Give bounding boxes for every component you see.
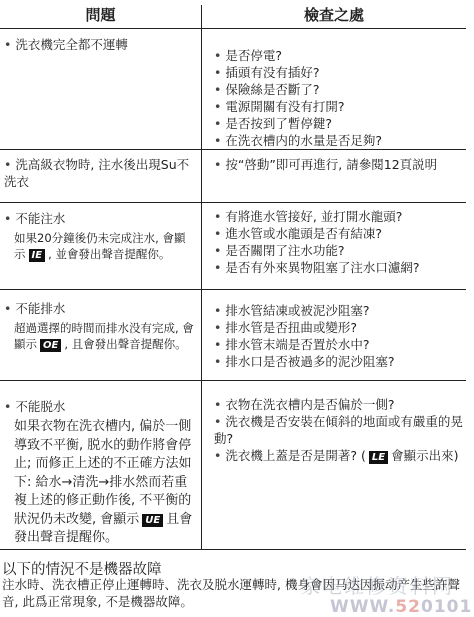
- check-item: 是否按到了暫停鍵?: [214, 115, 469, 132]
- check-item: 保險絲是否斷了?: [214, 81, 469, 98]
- check-cell: 按“啓動”即可再進行, 請參閱12頁説明: [214, 156, 469, 173]
- check-cell: 衣物在洗衣槽内是否偏於一側? 洗衣機是否安裝在傾斜的地面或有嚴重的晃動? 洗衣機…: [214, 396, 469, 464]
- column-divider: [201, 5, 202, 550]
- check-item: 排水口是否被過多的泥沙阻塞?: [214, 353, 469, 370]
- problem-cell: 洗高級衣物時, 注水後出現Su不洗衣: [4, 156, 196, 190]
- problem-cell: 不能注水 如果20分鐘後仍未完成注水, 會顯示IE, 並會發出聲音提醒你。: [4, 210, 196, 262]
- problem-detail: 如果20分鐘後仍未完成注水, 會顯示IE, 並會發出聲音提醒你。: [4, 230, 196, 262]
- error-code-badge: IE: [29, 249, 46, 262]
- check-item: 是否關閉了注水功能?: [214, 242, 469, 259]
- check-item: 是否停電?: [214, 47, 469, 64]
- row-divider: [0, 202, 466, 203]
- row-divider: [0, 549, 466, 550]
- header-check: 檢查之處: [202, 0, 466, 28]
- check-item: 排水管末端是否置於水中?: [214, 336, 469, 353]
- error-code-badge: OE: [40, 339, 61, 352]
- problem-title: 洗高級衣物時, 注水後出現Su不洗衣: [4, 156, 196, 190]
- problem-title: 不能排水: [4, 300, 196, 317]
- watermark-url: WWW.520101.COM: [330, 597, 474, 617]
- check-item: 有將進水管接好, 並打開水龍頭?: [214, 208, 469, 225]
- header-problem: 問題: [0, 0, 201, 28]
- check-item: 排水管結凍或被泥沙阻塞?: [214, 302, 469, 319]
- check-item: 在洗衣槽内的水量是否足夠?: [214, 132, 469, 149]
- check-item: 洗衣機是否安裝在傾斜的地面或有嚴重的晃動?: [214, 413, 469, 447]
- row-divider: [0, 28, 466, 29]
- check-item: 插頭有没有插好?: [214, 64, 469, 81]
- problem-title: 不能脱水: [4, 398, 196, 415]
- row-divider: [0, 149, 466, 150]
- check-cell: 是否停電? 插頭有没有插好? 保險絲是否斷了? 電源開關有没有打開? 是否按到了…: [214, 47, 469, 149]
- problem-cell: 不能脱水 如果衣物在洗衣槽内, 偏於一側導致不平衡, 脱水的動作將會停止; 而修…: [4, 398, 196, 548]
- check-item: 洗衣機上蓋是否是開著? (LE會顯示出來): [214, 447, 469, 464]
- check-item: 電源開關有没有打開?: [214, 98, 469, 115]
- check-item: 排水管是否扭曲或變形?: [214, 319, 469, 336]
- problem-cell: 不能排水 超過選擇的時間而排水没有完成, 會顯示OE, 且會發出聲音提醒你。: [4, 300, 196, 352]
- check-cell: 有將進水管接好, 並打開水龍頭? 進水管或水龍頭是否有結凍? 是否關閉了注水功能…: [214, 208, 469, 276]
- check-item: 是否有外來異物阻塞了注水口濾網?: [214, 259, 469, 276]
- check-item: 衣物在洗衣槽内是否偏於一側?: [214, 396, 469, 413]
- check-item: 按“啓動”即可再進行, 請參閱12頁説明: [214, 156, 469, 173]
- row-divider: [0, 380, 466, 381]
- error-code-badge: UE: [142, 514, 163, 527]
- error-code-badge: LE: [369, 451, 388, 464]
- watermark-text: 家电维修资料网: [300, 570, 454, 599]
- problem-cell: 洗衣機完全都不運轉: [4, 36, 196, 53]
- check-cell: 排水管結凍或被泥沙阻塞? 排水管是否扭曲或變形? 排水管末端是否置於水中? 排水…: [214, 302, 469, 370]
- problem-title: 洗衣機完全都不運轉: [4, 36, 196, 53]
- problem-detail: 如果衣物在洗衣槽内, 偏於一側導致不平衡, 脱水的動作將會停止; 而修正上述的不…: [4, 418, 196, 548]
- problem-detail: 超過選擇的時間而排水没有完成, 會顯示OE, 且會發出聲音提醒你。: [4, 320, 196, 352]
- problem-title: 不能注水: [4, 210, 196, 227]
- check-item: 進水管或水龍頭是否有結凍?: [214, 225, 469, 242]
- row-divider: [0, 289, 466, 290]
